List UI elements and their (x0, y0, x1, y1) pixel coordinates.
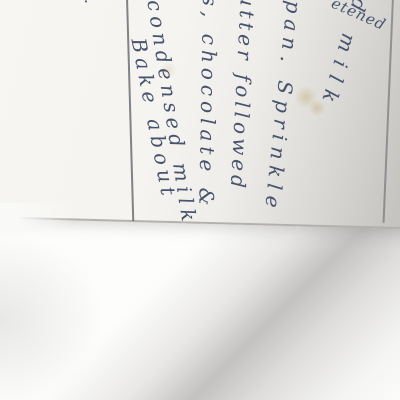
card-edge-fade (0, 203, 74, 231)
handwritten-line-5: s, chocolate & (194, 0, 222, 211)
photo-of-handwritten-recipe-card: etened d milk pan. Sprinkle utter follow… (0, 0, 400, 400)
